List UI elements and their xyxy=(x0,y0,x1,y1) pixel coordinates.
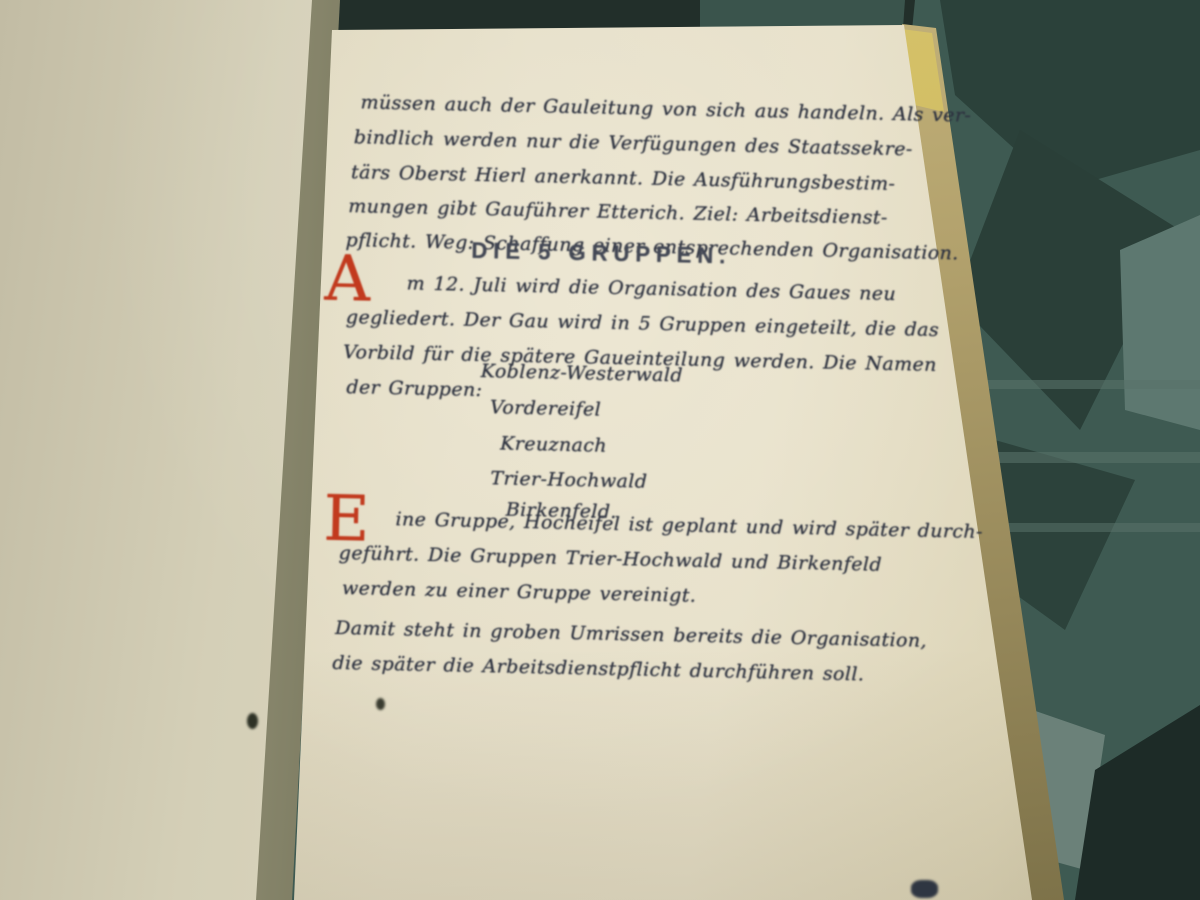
drop-cap-initial-e: E xyxy=(323,487,370,551)
fabric-light-band xyxy=(1120,215,1200,430)
handwritten-line: geführt. Die Gruppen Trier-Hochwald und … xyxy=(339,542,883,577)
handwritten-line: müssen auch der Gauleitung von sich aus … xyxy=(360,91,971,127)
handwritten-line: Damit steht in groben Umrissen bereits d… xyxy=(335,617,927,653)
group-name: Koblenz-Westerwald xyxy=(481,360,684,387)
handwritten-line: bindlich werden nur die Verfügungen des … xyxy=(354,126,913,161)
handwritten-line: ine Gruppe, Hocheifel ist geplant und wi… xyxy=(395,508,983,544)
drop-cap-initial-a: A xyxy=(324,247,371,311)
handwritten-line: die später die Arbeitsdienstpflicht durc… xyxy=(332,652,864,686)
handwritten-line: m 12. Juli wird die Organisation des Gau… xyxy=(406,272,896,305)
handwritten-line: mungen gibt Gauführer Etterich. Ziel: Ar… xyxy=(348,195,888,230)
group-name: Kreuznach xyxy=(500,432,607,457)
handwritten-line: werden zu einer Gruppe vereinigt. xyxy=(342,577,697,608)
handwritten-line: tärs Oberst Hierl anerkannt. Die Ausführ… xyxy=(351,161,896,196)
ink-speck xyxy=(376,698,385,710)
ink-smudge-page-corner xyxy=(911,880,938,898)
handwritten-line: der Gruppen: xyxy=(346,376,483,402)
group-name: Trier-Hochwald xyxy=(490,467,647,493)
page-text-block: müssen auch der Gauleitung von sich aus … xyxy=(331,85,945,738)
photo-of-open-book: müssen auch der Gauleitung von sich aus … xyxy=(0,0,1200,900)
handwritten-line: gegliedert. Der Gau wird in 5 Gruppen ei… xyxy=(346,306,940,342)
group-name: Vordereifel xyxy=(490,396,602,421)
ink-speck xyxy=(247,713,258,729)
